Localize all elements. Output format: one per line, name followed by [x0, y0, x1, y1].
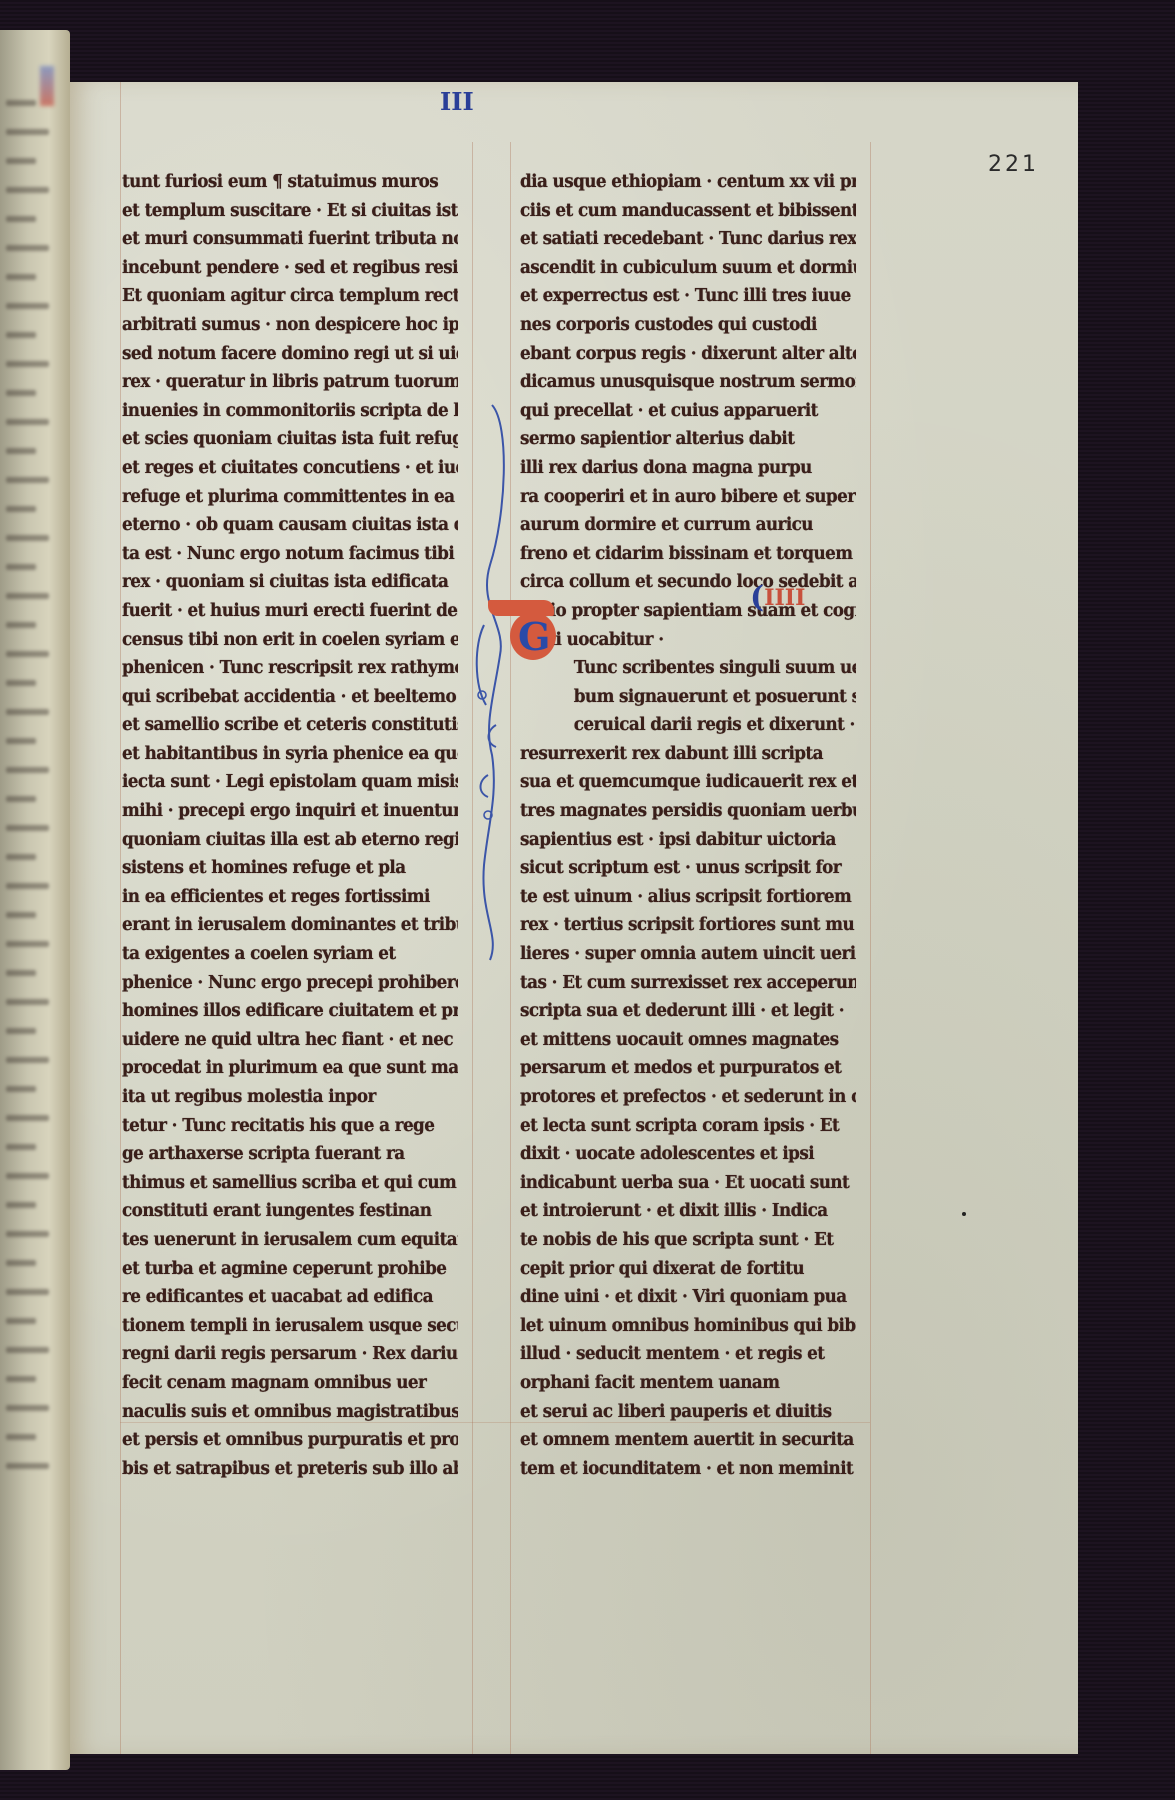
- text-line: ta exigentes a coelen syriam et: [122, 940, 458, 969]
- text-line: in ea efficientes et reges fortissimi: [122, 883, 458, 912]
- text-line: sicut scriptum est · unus scripsit for: [520, 854, 856, 883]
- ghost-text-line: [6, 187, 49, 193]
- chapter-marker: ( IIII: [750, 580, 805, 615]
- text-line: dixit · uocate adolescentes et ipsi: [520, 1140, 856, 1169]
- ghost-text-line: [6, 564, 36, 570]
- text-line: ciis et cum manducassent et bibissent: [520, 197, 856, 226]
- ghost-text-line: [6, 1028, 36, 1034]
- text-line: ceruical darii regis et dixerunt · Cum: [520, 711, 856, 740]
- ghost-text-line: [6, 1144, 36, 1150]
- running-header: III: [440, 86, 474, 116]
- text-line: thimus et samellius scriba et qui cum hi…: [122, 1169, 458, 1198]
- ghost-text-line: [6, 390, 36, 396]
- text-line: constituti erant iungentes festinan: [122, 1197, 458, 1226]
- ghost-text-line: [6, 1231, 49, 1237]
- text-line: et samellio scribe et ceteris constituti…: [122, 711, 458, 740]
- text-line: quoniam ciuitas illa est ab eterno regib…: [122, 826, 458, 855]
- ghost-text-line: [6, 216, 36, 222]
- folio-number: 221: [988, 152, 1039, 177]
- text-line: te nobis de his que scripta sunt · Et: [520, 1226, 856, 1255]
- text-column-right: dia usque ethiopiam · centum xx vii prou…: [520, 168, 870, 1483]
- ghost-text-line: [6, 1289, 49, 1295]
- text-line: et experrectus est · Tunc illi tres iuue: [520, 282, 856, 311]
- text-line: uidere ne quid ultra hec fiant · et nec: [122, 1026, 458, 1055]
- text-line: persarum et medos et purpuratos et: [520, 1054, 856, 1083]
- text-line: tunt furiosi eum ¶ statuimus muros: [122, 168, 458, 197]
- text-line: inuenies in commonitoriis scripta de his: [122, 397, 458, 426]
- ghost-text-line: [6, 1057, 49, 1063]
- text-line: sed notum facere domino regi ut si uideb…: [122, 340, 458, 369]
- text-line: et muri consummati fuerint tributa non: [122, 225, 458, 254]
- text-line: et satiati recedebant · Tunc darius rex: [520, 225, 856, 254]
- text-line: tetur · Tunc recitatis his que a rege: [122, 1112, 458, 1141]
- ghost-text-line: [6, 1086, 36, 1092]
- ghost-text-line: [6, 912, 36, 918]
- text-line: et reges et ciuitates concutiens · et iu…: [122, 454, 458, 483]
- text-line: aurum dormire et currum auricu: [520, 511, 856, 540]
- text-line: cepit prior qui dixerat de fortitu: [520, 1255, 856, 1284]
- ghost-text-line: [6, 767, 49, 773]
- text-line: et templum suscitare · Et si ciuitas ist…: [122, 197, 458, 226]
- text-line: rex · quoniam si ciuitas ista edificata: [122, 568, 458, 597]
- text-line: phenicen · Tunc rescripsit rex rathymo: [122, 654, 458, 683]
- initial-inner-letter: G: [518, 614, 550, 659]
- ghost-text-line: [6, 709, 49, 715]
- previous-leaf-rubric: [40, 66, 54, 106]
- text-line: ra cooperiri et in auro bibere et super: [520, 483, 856, 512]
- text-line: et habitantibus in syria phenice ea que …: [122, 740, 458, 769]
- ghost-text-line: [6, 1173, 49, 1179]
- text-line: et scies quoniam ciuitas ista fuit refug…: [122, 425, 458, 454]
- ghost-text-line: [6, 883, 49, 889]
- chapter-marker-bracket: (: [750, 580, 764, 615]
- text-line: rex · queratur in libris patrum tuorum ·…: [122, 368, 458, 397]
- ghost-text-line: [6, 825, 49, 831]
- ghost-text-line: [6, 796, 36, 802]
- text-line: ascendit in cubiculum suum et dormiuit: [520, 254, 856, 283]
- illuminated-initial: G: [488, 598, 560, 666]
- text-line: tres magnates persidis quoniam uerbum ei…: [520, 797, 856, 826]
- ghost-text-line: [6, 593, 49, 599]
- ghost-text-line: [6, 1376, 36, 1382]
- ghost-text-line: [6, 680, 36, 686]
- text-line: resurrexerit rex dabunt illi scripta: [520, 740, 856, 769]
- text-line: Et quoniam agitur circa templum recte ha…: [122, 282, 458, 311]
- text-line: regni darii regis persarum · Rex darius: [122, 1340, 458, 1369]
- ghost-text-line: [6, 999, 49, 1005]
- ghost-text-line: [6, 158, 36, 164]
- ghost-text-line: [6, 332, 36, 338]
- text-line: dia usque ethiopiam · centum xx vii prou…: [520, 168, 856, 197]
- running-header-text: III: [440, 87, 474, 116]
- text-line: refuge et plurima committentes in ea ab: [122, 483, 458, 512]
- text-line: darii uocabitur ·: [520, 626, 856, 655]
- text-line: tes uenerunt in ierusalem cum equitatu: [122, 1226, 458, 1255]
- text-line: illud · seducit mentem · et regis et: [520, 1340, 856, 1369]
- margin-dot: [962, 1212, 966, 1216]
- ghost-text-line: [6, 651, 49, 657]
- ghost-text-line: [6, 738, 36, 744]
- text-line: et omnem mentem auertit in securita: [520, 1426, 856, 1455]
- ghost-text-line: [6, 1260, 36, 1266]
- text-line: procedat in plurimum ea que sunt mala: [122, 1054, 458, 1083]
- ghost-text-line: [6, 941, 49, 947]
- ghost-text-line: [6, 1318, 36, 1324]
- text-line: et serui ac liberi pauperis et diuitis: [520, 1398, 856, 1427]
- text-line: incebunt pendere · sed et regibus resist…: [122, 254, 458, 283]
- text-column-left: tunt furiosi eum ¶ statuimus muroset tem…: [122, 168, 472, 1483]
- ghost-text-line: [6, 622, 36, 628]
- text-line: ebant corpus regis · dixerunt alter alte…: [520, 340, 856, 369]
- text-line: ge arthaxerse scripta fuerant ra: [122, 1140, 458, 1169]
- ghost-text-line: [6, 970, 36, 976]
- text-line: dicamus unusquisque nostrum sermonem: [520, 368, 856, 397]
- text-line: bum signauerunt et posuerunt sub: [520, 683, 856, 712]
- text-line: mihi · precepi ergo inquiri et inuentum …: [122, 797, 458, 826]
- ghost-text-line: [6, 535, 49, 541]
- ghost-text-line: [6, 100, 36, 106]
- ghost-text-line: [6, 477, 49, 483]
- text-line: et introierunt · et dixit illis · Indica: [520, 1197, 856, 1226]
- text-line: te est uinum · alius scripsit fortiorem: [520, 883, 856, 912]
- text-line: et persis et omnibus purpuratis et proto: [122, 1426, 458, 1455]
- text-line: tem et iocunditatem · et non meminit: [520, 1455, 856, 1484]
- text-line: phenice · Nunc ergo precepi prohibere: [122, 969, 458, 998]
- text-line: et lecta sunt scripta coram ipsis · Et: [520, 1112, 856, 1141]
- text-line: sapientius est · ipsi dabitur uictoria: [520, 826, 856, 855]
- text-line: orphani facit mentem uanam: [520, 1369, 856, 1398]
- text-line: arbitrati sumus · non despicere hoc ipsu…: [122, 311, 458, 340]
- text-line: dine uini · et dixit · Viri quoniam pua: [520, 1283, 856, 1312]
- ruling-line: [120, 82, 121, 1754]
- text-line: et turba et agmine ceperunt prohibe: [122, 1255, 458, 1284]
- text-line: scripta sua et dederunt illi · et legit …: [520, 997, 856, 1026]
- text-line: qui precellat · et cuius apparuerit: [520, 397, 856, 426]
- text-line: fuerit · et huius muri erecti fuerint de…: [122, 597, 458, 626]
- text-line: dario propter sapientiam suam et cognatu…: [520, 597, 856, 626]
- initial-flourish-icon: [470, 395, 530, 965]
- text-line: nes corporis custodes qui custodi: [520, 311, 856, 340]
- ghost-text-line: [6, 303, 49, 309]
- text-line: eterno · ob quam causam ciuitas ista des…: [122, 511, 458, 540]
- text-line: iecta sunt · Legi epistolam quam misisti…: [122, 768, 458, 797]
- text-line: naculis suis et omnibus magistratibus me…: [122, 1398, 458, 1427]
- text-line: tas · Et cum surrexisset rex acceperunt: [520, 969, 856, 998]
- ghost-text-line: [6, 1405, 49, 1411]
- previous-leaf-edge: [0, 30, 70, 1770]
- text-line: let uinum omnibus hominibus qui bibunt: [520, 1312, 856, 1341]
- text-line: fecit cenam magnam omnibus uer: [122, 1369, 458, 1398]
- text-line: indicabunt uerba sua · Et uocati sunt: [520, 1169, 856, 1198]
- text-line: tionem templi in ierusalem usque secundo…: [122, 1312, 458, 1341]
- ghost-text-line: [6, 448, 36, 454]
- text-line: re edificantes et uacabat ad edifica: [122, 1283, 458, 1312]
- ghost-text-line: [6, 245, 49, 251]
- text-line: homines illos edificare ciuitatem et pro: [122, 997, 458, 1026]
- chapter-marker-text: IIII: [764, 585, 805, 611]
- text-line: Tunc scribentes singuli suum uer: [520, 654, 856, 683]
- text-line: ita ut regibus molestia inpor: [122, 1083, 458, 1112]
- ghost-text-line: [6, 419, 49, 425]
- ghost-text-line: [6, 361, 49, 367]
- text-line: sua et quemcumque iudicauerit rex et: [520, 768, 856, 797]
- text-line: erant in ierusalem dominantes et tribu: [122, 911, 458, 940]
- ghost-text-line: [6, 506, 36, 512]
- text-line: et mittens uocauit omnes magnates: [520, 1026, 856, 1055]
- ghost-text-line: [6, 1434, 36, 1440]
- ghost-text-line: [6, 1347, 49, 1353]
- text-line: freno et cidarim bissinam et torquem: [520, 540, 856, 569]
- text-line: ta est · Nunc ergo notum facimus tibi: [122, 540, 458, 569]
- ghost-text-line: [6, 854, 36, 860]
- ruling-line: [870, 142, 871, 1754]
- ghost-text-line: [6, 1463, 49, 1469]
- ghost-text-line: [6, 129, 49, 135]
- text-line: qui scribebat accidentia · et beeltemo: [122, 683, 458, 712]
- text-line: bis et satrapibus et preteris sub illo a…: [122, 1455, 458, 1484]
- ghost-text-line: [6, 274, 36, 280]
- text-line: illi rex darius dona magna purpu: [520, 454, 856, 483]
- text-line: sistens et homines refuge et pla: [122, 854, 458, 883]
- text-line: sermo sapientior alterius dabit: [520, 425, 856, 454]
- text-line: protores et prefectos · et sederunt in c…: [520, 1083, 856, 1112]
- text-line: census tibi non erit in coelen syriam et: [122, 626, 458, 655]
- text-line: rex · tertius scripsit fortiores sunt mu: [520, 911, 856, 940]
- ghost-text-line: [6, 1115, 49, 1121]
- text-line: circa collum et secundo loco sedebit a: [520, 568, 856, 597]
- ghost-text-line: [6, 1202, 36, 1208]
- text-line: lieres · super omnia autem uincit ueri: [520, 940, 856, 969]
